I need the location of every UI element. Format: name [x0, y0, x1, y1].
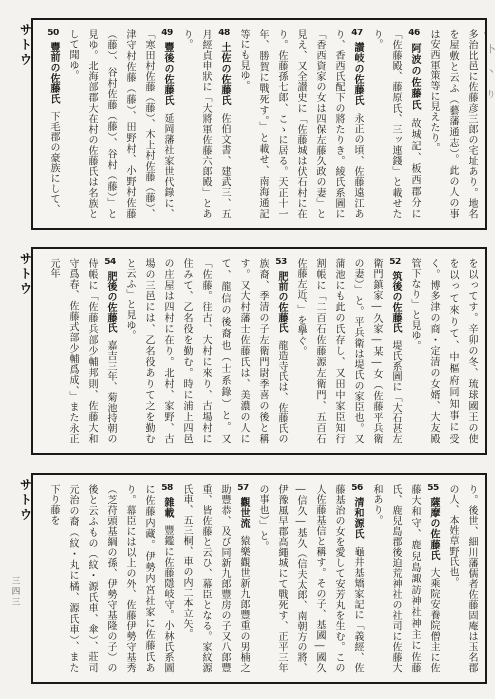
entry-number: 54 — [104, 258, 116, 267]
entry-number: 47 — [351, 29, 363, 38]
entry-52: 52筑後の佐藤氏堤氏系圖に「大石甚左衛門鎮家―久家―某―女（佐藤平兵衛の妻）」と… — [291, 258, 405, 444]
entry-57: 57觀世流猿樂觀世新九郎豐重の男楠之助豐恭、及び同新九郎豐房の子又八郎豐重、皆佐… — [177, 484, 253, 673]
entry-number: 53 — [275, 258, 287, 267]
scanned-dictionary-page: サトウ 此地に來り、偶ま荊創を病みて土着せり」と云ふ。 44備後の佐藤氏桑田氏の… — [0, 0, 495, 699]
entry-47: 47讃岐の佐藤氏永正の頃、佐藤遠江あり、香西氏配下の將たりき。綾氏系圖に「香西資… — [234, 29, 367, 219]
entry-title: 肥前の佐藤氏 — [276, 271, 287, 340]
entry-number: 55 — [427, 484, 439, 493]
entry-text: 龜井基矯家記に「義經、佐藤基治の女を愛して安芳丸を生む。この人佐藤基信と稱す。そ… — [257, 484, 363, 673]
entry-58: 58雜載豐鑑に佐藤隱岐守。小林氏系圖に佐藤内藏。伊勢内宮社家に佐藤氏あり。幕臣に… — [44, 484, 177, 673]
entry-50: 50豐前の佐藤氏下毛郡の豪族にして、 — [44, 29, 63, 219]
entry-title: 清和源氏 — [352, 497, 363, 546]
entry-55: 55薩摩の佐藤氏大乘院安養院僧主に佐藤大和守、鹿兒島諏訪神社神主に佐藤氏、鹿兒島… — [367, 484, 443, 673]
text-frame: 此地に來り、偶ま荊創を病みて土着せり」と云ふ。 44備後の佐藤氏桑田氏の家士に佐… — [31, 18, 487, 230]
vertical-text-block: 政隆の侍帳に「佐藤日向守重秀、佐藤伊豆守朝經、」等を載せ、又同二年連署に「佐藤式… — [44, 484, 487, 673]
entry-number: 49 — [161, 29, 173, 38]
entry-48: 48土佐の佐藤氏佐伯文書、建武三、五月經貞申狀に「大將軍佐藤六郎殿」とあり。 — [177, 29, 234, 219]
entry-title: 肥後の佐藤氏 — [105, 271, 116, 340]
entry-title: 觀世流 — [238, 497, 249, 536]
entry-49: 49豐後の佐藤氏延岡藩社家世代錄に、「寒田村佐藤（藤）、木上村佐藤（藤）、津守村… — [63, 29, 177, 219]
entry-54: 54肥後の佐藤氏嘉吉三年、菊池持朝の侍帳に「佐藤兵部少輔邦則、佐藤大和守爲春、佐… — [44, 258, 120, 444]
entry-text: 高田郡の名族にして、多治比邑に佐藤彦三郎の宅址あり。地名を屋敷と云ふ（藝藩通志）… — [428, 29, 487, 219]
entry-text: 延岡藩社家世代錄に、「寒田村佐藤（藤）、木上村佐藤（藤）、津守村佐藤（藤）、田野… — [67, 29, 173, 219]
entry-text: 海東諸國記に「信重。丙子年、使を遣はして來朝し、書して筑前州冷泉津藤原佐藤四郎信… — [409, 258, 487, 444]
text-frame: 元龜天正の頃、佐藤美濃守あり。 51筑前の佐藤氏海東諸國記に「信重。丙子年、使を… — [31, 247, 487, 455]
entry-text: 龍造寺氏は、佐藤氏の族裔、季清の子左衛門尉季喜の後と稱す。又大村藩士佐藤氏は、美… — [124, 258, 287, 444]
text-frame: 政隆の侍帳に「佐藤日向守重秀、佐藤伊豆守朝經、」等を載せ、又同二年連署に「佐藤式… — [31, 473, 487, 684]
entry-title: 讃岐の佐藤氏 — [352, 42, 363, 113]
entry-text: 政隆の侍帳に「佐藤日向守重秀、佐藤伊豆守朝經、」等を載せ、又同二年連署に「佐藤式… — [447, 484, 487, 673]
entry-title: 土佐の佐藤氏 — [219, 42, 230, 113]
entry-number: 48 — [218, 29, 230, 38]
entry-text: 永正の頃、佐藤遠江あり、香西氏配下の將たりき。綾氏系圖に「香西資家の女は四保左藤… — [238, 29, 363, 219]
entry-title: 安藝の佐藤氏 — [485, 42, 487, 113]
entry-title: 薩摩の佐藤氏 — [428, 497, 439, 568]
entry-number: 56 — [351, 484, 363, 493]
entry-title: 雜載 — [162, 497, 173, 525]
entry-text: 堤氏系圖に「大石甚左衛門鎮家―久家―某―女（佐藤平兵衛の妻）」と。平兵衛は堤氏の… — [295, 258, 401, 444]
entry-number: 58 — [161, 484, 173, 493]
vertical-text-block: 元龜天正の頃、佐藤美濃守あり。 51筑前の佐藤氏海東諸國記に「信重。丙子年、使を… — [44, 258, 487, 444]
band-top: サトウ 此地に來り、偶ま荊創を病みて土着せり」と云ふ。 44備後の佐藤氏桑田氏の… — [0, 18, 495, 230]
entry-53: 53肥前の佐藤氏龍造寺氏は、佐藤氏の族裔、季清の子左衛門尉季喜の後と稱す。又大村… — [120, 258, 291, 444]
entry-title: 豐後の佐藤氏 — [162, 42, 173, 113]
entry-continuation: 政隆の侍帳に「佐藤日向守重秀、佐藤伊豆守朝經、」等を載せ、又同二年連署に「佐藤式… — [443, 484, 487, 673]
entry-51: 51筑前の佐藤氏海東諸國記に「信重。丙子年、使を遣はして來朝し、書して筑前州冷泉… — [405, 258, 487, 444]
band-bottom: サトウ 政隆の侍帳に「佐藤日向守重秀、佐藤伊豆守朝經、」等を載せ、又同二年連署に… — [0, 473, 495, 684]
entry-45: 45安藝の佐藤氏高田郡の名族にして、多治比邑に佐藤彦三郎の宅址あり。地名を屋敷と… — [424, 29, 487, 219]
entry-title: 阿波の佐藤氏 — [409, 42, 420, 118]
entry-text: 下毛郡の豪族にして、 — [48, 111, 59, 215]
entry-number: 45 — [484, 29, 487, 38]
page-edge-print-fragment: 卜丶り — [489, 44, 495, 174]
vertical-text-block: 此地に來り、偶ま荊創を病みて土着せり」と云ふ。 44備後の佐藤氏桑田氏の家士に佐… — [44, 29, 487, 219]
entry-number: 46 — [408, 29, 420, 38]
entry-text: 豐鑑に佐藤隱岐守。小林氏系圖に佐藤内藏。伊勢内宮社家に佐藤氏あり。幕臣には以上の… — [48, 484, 173, 673]
entry-46: 46阿波の佐藤氏故城記、板西郡分に「佐藤殿、藤原氏、三ッ連錢」と載せたり。 — [367, 29, 424, 219]
entry-number: 52 — [389, 258, 401, 267]
entry-56: 56清和源氏龜井基矯家記に「義經、佐藤基治の女を愛して安芳丸を生む。この人佐藤基… — [253, 484, 367, 673]
entry-number: 57 — [237, 484, 249, 493]
entry-title: 豐前の佐藤氏 — [48, 42, 59, 111]
entry-title: 筑後の佐藤氏 — [390, 271, 401, 340]
entry-number: 50 — [47, 29, 59, 38]
page-number: 三四三 — [9, 576, 21, 608]
band-middle: サトウ 元龜天正の頃、佐藤美濃守あり。 51筑前の佐藤氏海東諸國記に「信重。丙子… — [0, 247, 495, 455]
